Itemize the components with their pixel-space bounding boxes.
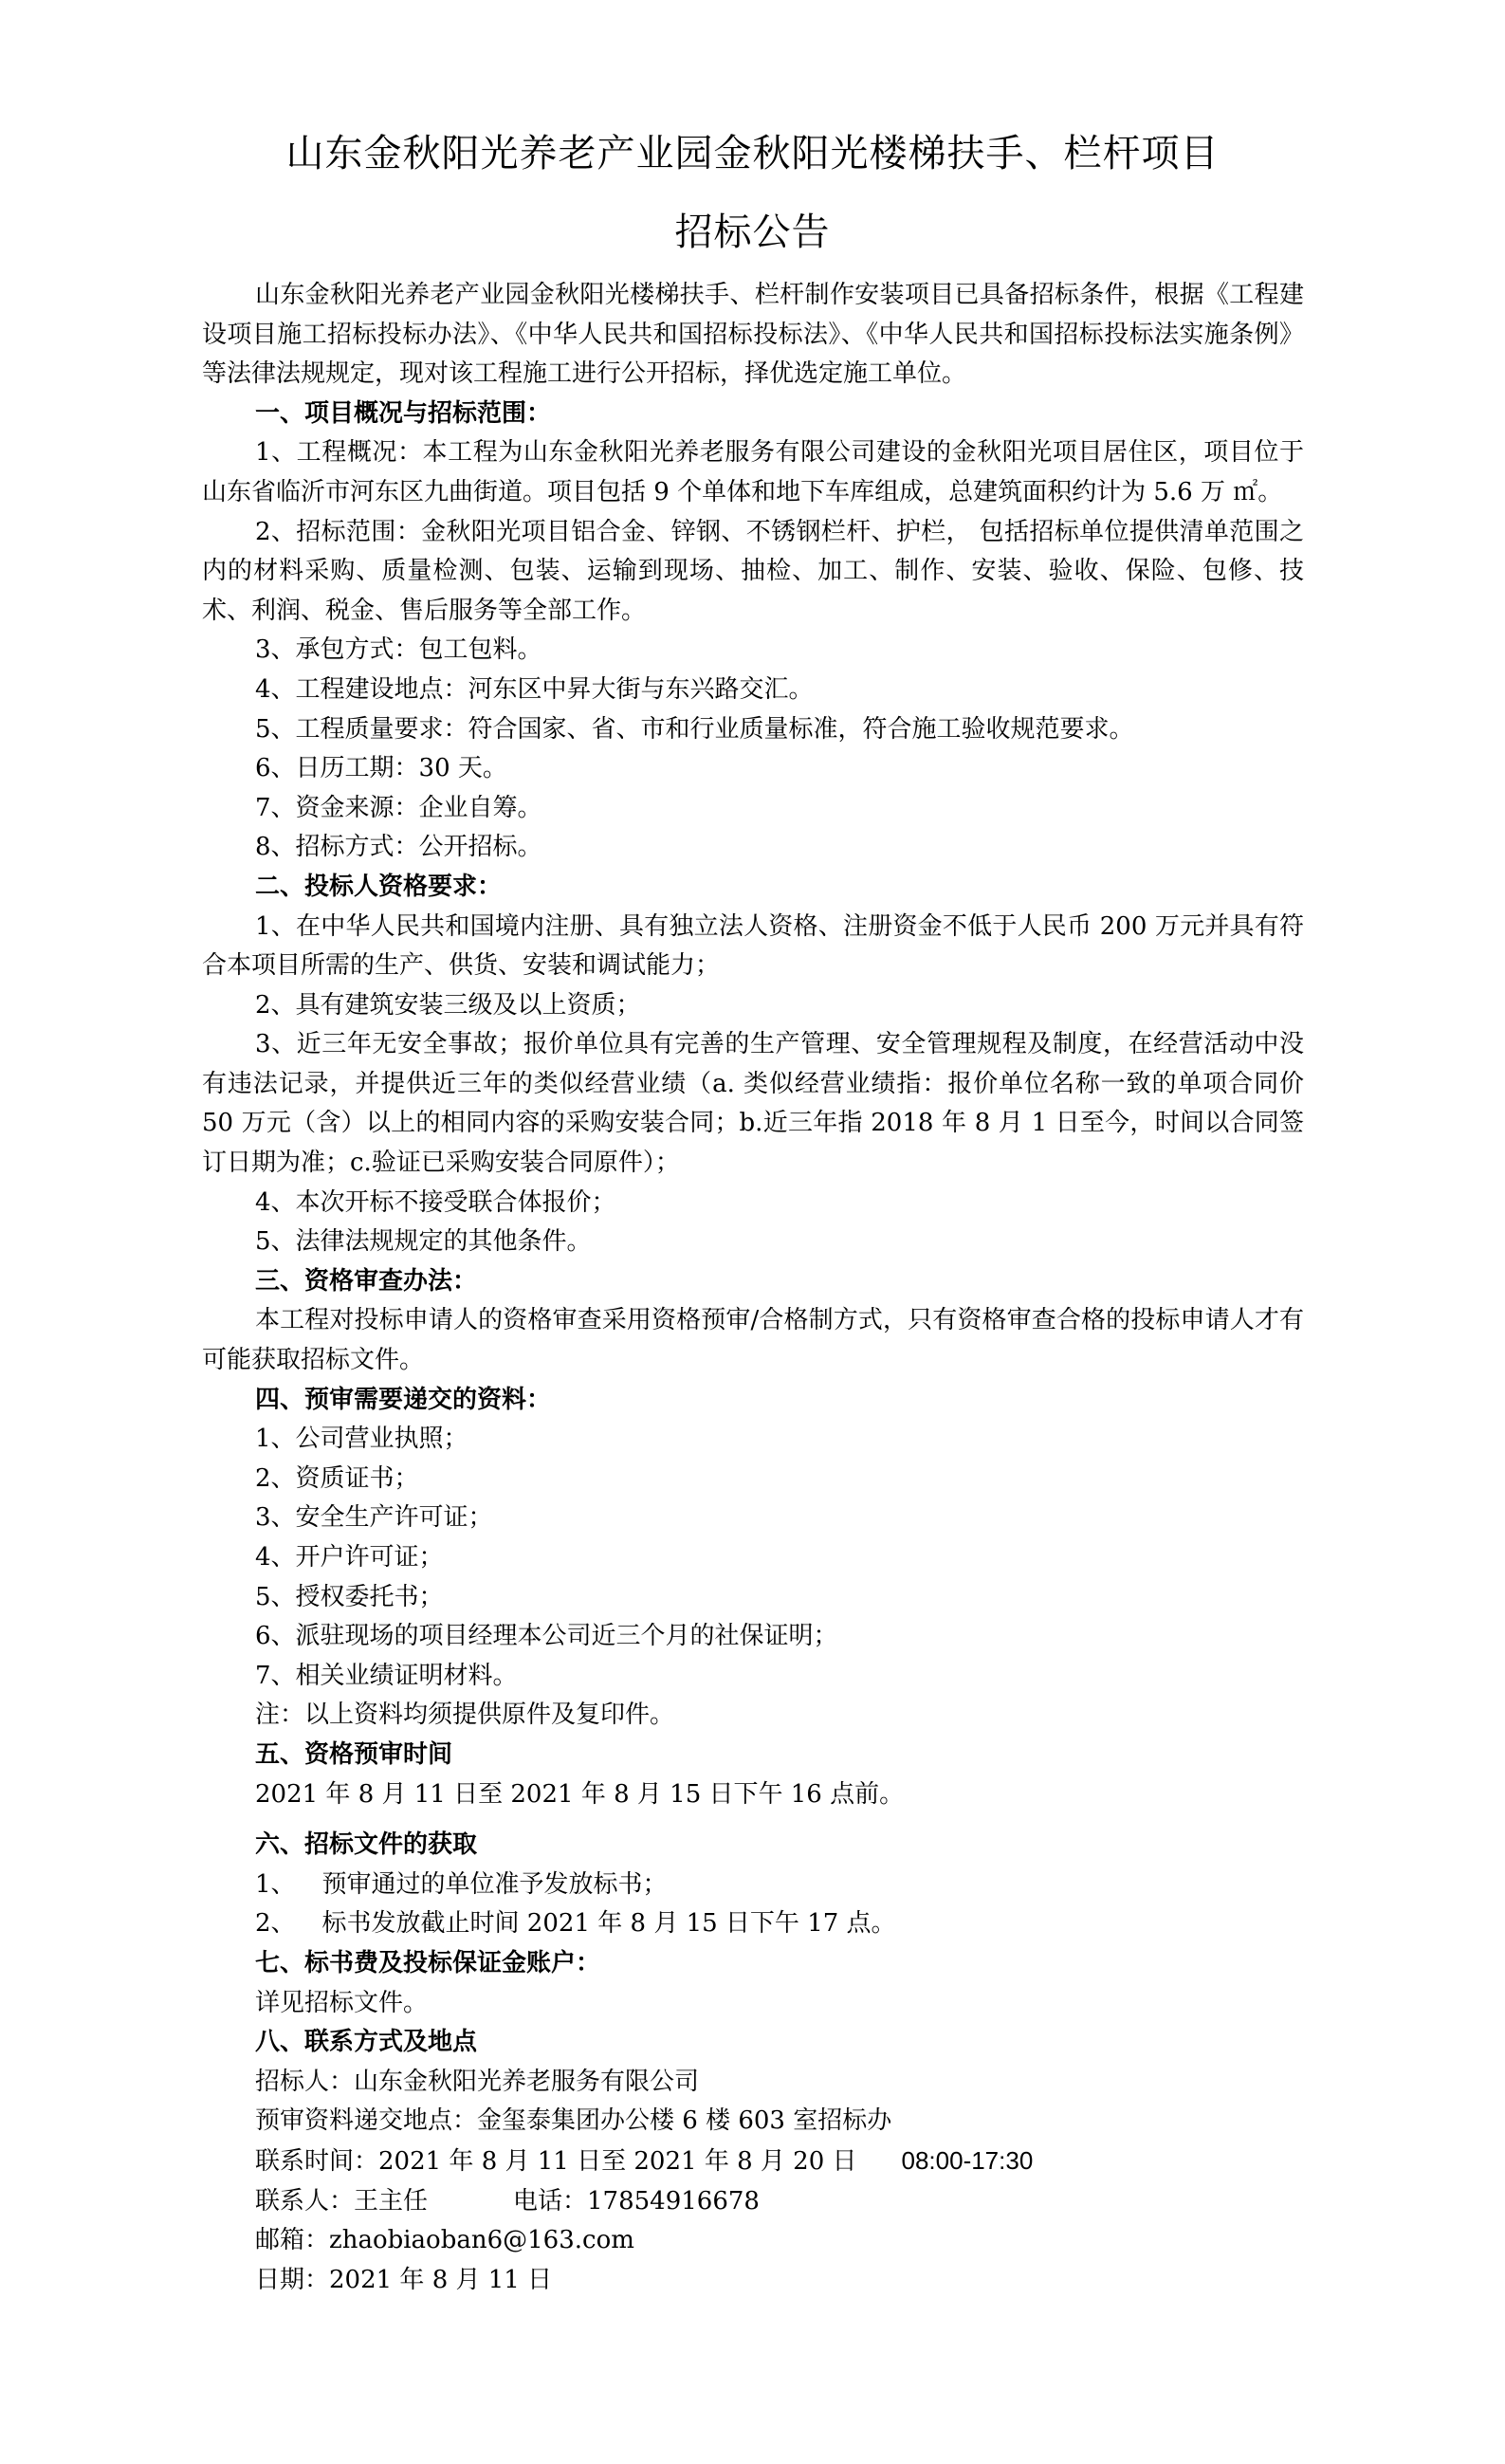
tenderer: 招标人：山东金秋阳光养老服务有限公司 xyxy=(202,2063,1304,2103)
spacer xyxy=(202,1814,1304,1826)
document-title: 山东金秋阳光养老产业园金秋阳光楼梯扶手、栏杆项目 xyxy=(0,131,1505,176)
list-item: 2、具有建筑安装三级及以上资质； xyxy=(202,986,1304,1026)
section-7-text: 详见招标文件。 xyxy=(202,1984,1304,2024)
list-item: 6、派驻现场的项目经理本公司近三个月的社保证明； xyxy=(202,1617,1304,1657)
list-item: 1、公司营业执照； xyxy=(202,1420,1304,1460)
list-item: 1、在中华人民共和国境内注册、具有独立法人资格、注册资金不低于人民币 200 万… xyxy=(202,908,1304,986)
contact-line: 联系人：王主任电话：17854916678 xyxy=(202,2182,1304,2222)
list-item: 4、工程建设地点：河东区中昇大街与东兴路交汇。 xyxy=(202,671,1304,710)
contact-email[interactable]: 邮箱：zhaobiaoban6@163.com xyxy=(202,2221,1304,2261)
section-heading-2: 二、投标人资格要求： xyxy=(202,868,1304,908)
contact-time: 联系时间：2021 年 8 月 11 日至 2021 年 8 月 20 日08:… xyxy=(202,2142,1304,2182)
item-text: 预审通过的单位准予发放标书； xyxy=(322,1870,668,1899)
item-number: 1、 xyxy=(255,1870,296,1899)
contact-time-hours: 08:00-17:30 xyxy=(902,2146,1034,2175)
section-4-note: 注：以上资料均须提供原件及复印件。 xyxy=(202,1696,1304,1736)
list-item: 2、招标范围：金秋阳光项目铝合金、锌钢、不锈钢栏杆、护栏， 包括招标单位提供清单… xyxy=(202,513,1304,632)
prequalification-time: 2021 年 8 月 11 日至 2021 年 8 月 15 日下午 16 点前… xyxy=(202,1775,1304,1815)
list-item: 5、法律法规规定的其他条件。 xyxy=(202,1223,1304,1262)
contact-person: 联系人：王主任 xyxy=(255,2187,428,2216)
section-heading-4: 四、预审需要递交的资料： xyxy=(202,1381,1304,1421)
section-heading-7: 七、标书费及投标保证金账户： xyxy=(202,1944,1304,1984)
list-item: 3、安全生产许可证； xyxy=(202,1499,1304,1538)
section-heading-6: 六、招标文件的获取 xyxy=(202,1826,1304,1866)
list-item: 6、日历工期：30 天。 xyxy=(202,749,1304,789)
list-item: 3、近三年无安全事故；报价单位具有完善的生产管理、安全管理规程及制度，在经营活动… xyxy=(202,1025,1304,1183)
list-item: 4、开户许可证； xyxy=(202,1538,1304,1578)
section-heading-1: 一、项目概况与招标范围： xyxy=(202,395,1304,434)
contact-phone: 电话：17854916678 xyxy=(513,2187,760,2216)
submit-location: 预审资料递交地点：金玺泰集团办公楼 6 楼 603 室招标办 xyxy=(202,2102,1304,2142)
list-item: 2、标书发放截止时间 2021 年 8 月 15 日下午 17 点。 xyxy=(202,1904,1304,1944)
section-heading-3: 三、资格审查办法： xyxy=(202,1262,1304,1302)
item-text: 标书发放截止时间 2021 年 8 月 15 日下午 17 点。 xyxy=(322,1909,896,1938)
list-item: 1、工程概况：本工程为山东金秋阳光养老服务有限公司建设的金秋阳光项目居住区，项目… xyxy=(202,433,1304,512)
document-body: 山东金秋阳光养老产业园金秋阳光楼梯扶手、栏杆制作安装项目已具备招标条件，根据《工… xyxy=(202,276,1304,2300)
notice-date: 日期：2021 年 8 月 11 日 xyxy=(202,2261,1304,2301)
list-item: 3、承包方式：包工包料。 xyxy=(202,631,1304,671)
intro-paragraph: 山东金秋阳光养老产业园金秋阳光楼梯扶手、栏杆制作安装项目已具备招标条件，根据《工… xyxy=(202,276,1304,395)
list-item: 7、资金来源：企业自筹。 xyxy=(202,789,1304,829)
list-item: 4、本次开标不接受联合体报价； xyxy=(202,1184,1304,1223)
section-heading-8: 八、联系方式及地点 xyxy=(202,2023,1304,2063)
list-item: 5、授权委托书； xyxy=(202,1578,1304,1618)
section-3-text: 本工程对投标申请人的资格审查采用资格预审/合格制方式，只有资格审查合格的投标申请… xyxy=(202,1301,1304,1380)
list-item: 7、相关业绩证明材料。 xyxy=(202,1657,1304,1697)
section-heading-5: 五、资格预审时间 xyxy=(202,1736,1304,1775)
list-item: 5、工程质量要求：符合国家、省、市和行业质量标准，符合施工验收规范要求。 xyxy=(202,710,1304,750)
document-subtitle: 招标公告 xyxy=(0,210,1505,255)
item-number: 2、 xyxy=(255,1909,296,1938)
list-item: 2、资质证书； xyxy=(202,1460,1304,1499)
contact-time-dates: 联系时间：2021 年 8 月 11 日至 2021 年 8 月 20 日 xyxy=(255,2147,857,2176)
list-item: 1、预审通过的单位准予发放标书； xyxy=(202,1866,1304,1905)
list-item: 8、招标方式：公开招标。 xyxy=(202,828,1304,868)
